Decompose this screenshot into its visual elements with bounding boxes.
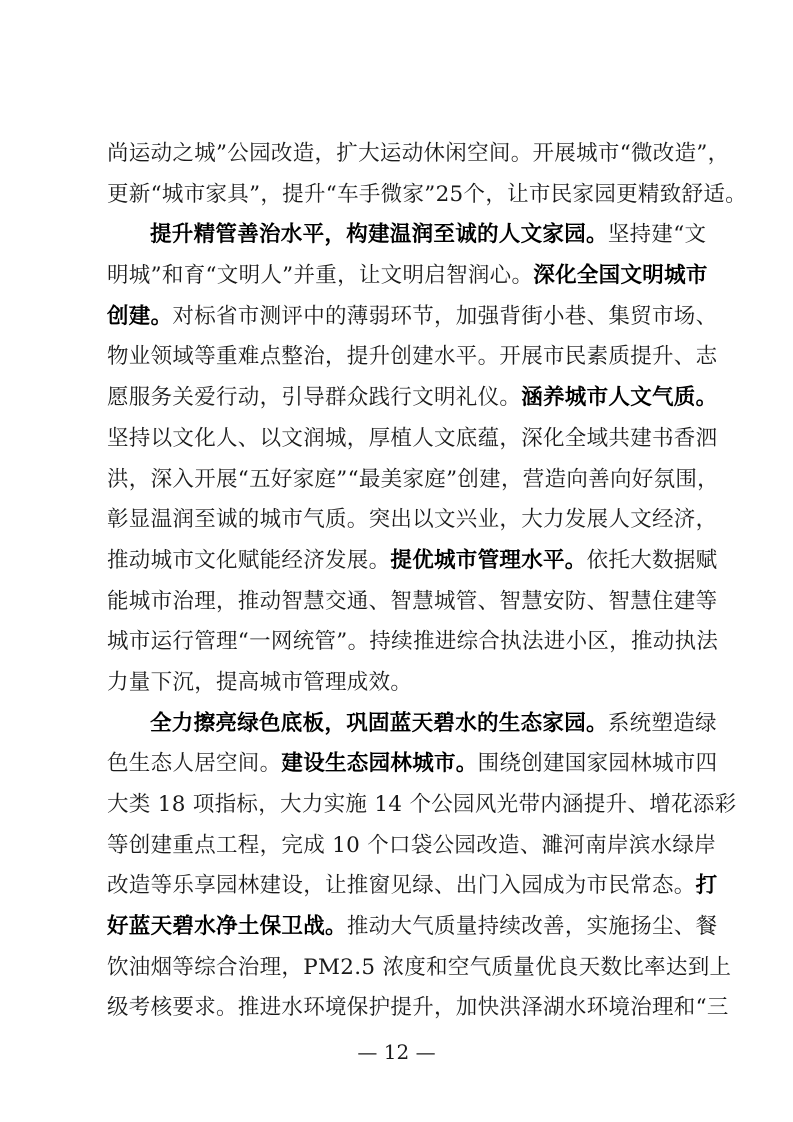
text-line: 创建。对标省市测评中的薄弱环节，加强背街小巷、集贸市场、: [107, 297, 691, 338]
text-line: 推动城市文化赋能经济发展。提优城市管理水平。依托大数据赋: [107, 541, 691, 582]
bold-heading-text: 打: [696, 873, 718, 898]
body-text: 洪，深入开展“五好家庭”“最美家庭”创建，营造向善向好氛围，: [107, 467, 719, 492]
body-text: 尚运动之城”公园改造，扩大运动休闲空间。开展城市“微改造”，: [107, 141, 729, 166]
bold-heading-text: 提优城市管理水平。: [390, 548, 586, 573]
text-line: 大类 18 项指标，大力实施 14 个公园风光带内涵提升、增花添彩: [107, 785, 691, 826]
bold-heading-text: 全力擦亮绿色底板，巩固蓝天碧水的生态家园。: [150, 711, 608, 736]
body-text: 更新“城市家具”，提升“车手微家”25个，让市民家园更精致舒适。: [107, 182, 747, 207]
body-text: 围绕创建国家园林城市四: [478, 751, 718, 776]
body-text: 彰显温润至诚的城市气质。突出以文兴业，大力发展人文经济，: [107, 507, 717, 532]
body-text: 物业领域等重难点整治，提升创建水平。开展市民素质提升、志: [107, 344, 717, 369]
page-number: — 12 —: [0, 1040, 793, 1064]
body-text: 系统塑造绿: [608, 711, 717, 736]
body-text: 级考核要求。推进水环境保护提升，加快洪泽湖水环境治理和“三: [107, 995, 729, 1020]
text-line: 力量下沉，提高城市管理成效。: [107, 663, 691, 704]
text-line: 全力擦亮绿色底板，巩固蓝天碧水的生态家园。系统塑造绿: [107, 704, 691, 745]
text-line: 愿服务关爱行动，引导群众践行文明礼仪。涵养城市人文气质。: [107, 378, 691, 419]
text-line: 饮油烟等综合治理，PM2.5 浓度和空气质量优良天数比率达到上: [107, 948, 691, 989]
text-line: 改造等乐享园林建设，让推窗见绿、出门入园成为市民常态。打: [107, 866, 691, 907]
body-text: 对标省市测评中的薄弱环节，加强背街小巷、集贸市场、: [172, 304, 717, 329]
text-line: 洪，深入开展“五好家庭”“最美家庭”创建，营造向善向好氛围，: [107, 460, 691, 501]
body-text: 推动城市文化赋能经济发展。: [107, 548, 390, 573]
body-text: 改造等乐享园林建设，让推窗见绿、出门入园成为市民常态。: [107, 873, 696, 898]
text-line: 等创建重点工程，完成 10 个口袋公园改造、濉河南岸滨水绿岸: [107, 826, 691, 867]
body-text: 色生态人居空间。: [107, 751, 281, 776]
text-line: 物业领域等重难点整治，提升创建水平。开展市民素质提升、志: [107, 337, 691, 378]
body-text: 依托大数据赋: [587, 548, 718, 573]
text-line: 坚持以文化人、以文润城，厚植人文底蕴，深化全域共建书香泗: [107, 419, 691, 460]
text-line: 能城市治理，推动智慧交通、智慧城管、智慧安防、智慧住建等: [107, 582, 691, 623]
body-text: 坚持建“文: [608, 222, 707, 247]
bold-heading-text: 好蓝天碧水净土保卫战。: [107, 914, 347, 939]
text-line: 尚运动之城”公园改造，扩大运动休闲空间。开展城市“微改造”，: [107, 134, 691, 175]
text-line: 彰显温润至诚的城市气质。突出以文兴业，大力发展人文经济，: [107, 500, 691, 541]
body-text: 推动大气质量持续改善，实施扬尘、餐: [347, 914, 718, 939]
body-text: 坚持以文化人、以文润城，厚植人文底蕴，深化全域共建书香泗: [107, 426, 717, 451]
document-body: 尚运动之城”公园改造，扩大运动休闲空间。开展城市“微改造”，更新“城市家具”，提…: [107, 134, 691, 1029]
body-text: 城市运行管理“一网统管”。持续推进综合执法进小区，推动执法: [107, 629, 718, 654]
body-text: 能城市治理，推动智慧交通、智慧城管、智慧安防、智慧住建等: [107, 589, 717, 614]
text-line: 好蓝天碧水净土保卫战。推动大气质量持续改善，实施扬尘、餐: [107, 907, 691, 948]
bold-heading-text: 深化全国文明城市: [533, 263, 707, 288]
body-text: 愿服务关爱行动，引导群众践行文明礼仪。: [107, 385, 521, 410]
body-text: 明城”和育“文明人”并重，让文明启智润心。: [107, 263, 533, 288]
bold-heading-text: 提升精管善治水平，构建温润至诚的人文家园。: [150, 222, 608, 247]
text-line: 明城”和育“文明人”并重，让文明启智润心。深化全国文明城市: [107, 256, 691, 297]
body-text: 等创建重点工程，完成 10 个口袋公园改造、濉河南岸滨水绿岸: [107, 833, 716, 858]
text-line: 色生态人居空间。建设生态园林城市。围绕创建国家园林城市四: [107, 744, 691, 785]
text-line: 提升精管善治水平，构建温润至诚的人文家园。坚持建“文: [107, 215, 691, 256]
body-text: 力量下沉，提高城市管理成效。: [107, 670, 412, 695]
bold-heading-text: 建设生态园林城市。: [281, 751, 477, 776]
bold-heading-text: 涵养城市人文气质。: [521, 385, 717, 410]
body-text: 大类 18 项指标，大力实施 14 个公园风光带内涵提升、增花添彩: [107, 792, 736, 817]
bold-heading-text: 创建。: [107, 304, 172, 329]
text-line: 级考核要求。推进水环境保护提升，加快洪泽湖水环境治理和“三: [107, 988, 691, 1029]
body-text: 饮油烟等综合治理，PM2.5 浓度和空气质量优良天数比率达到上: [107, 955, 731, 980]
text-line: 城市运行管理“一网统管”。持续推进综合执法进小区，推动执法: [107, 622, 691, 663]
text-line: 更新“城市家具”，提升“车手微家”25个，让市民家园更精致舒适。: [107, 175, 691, 216]
